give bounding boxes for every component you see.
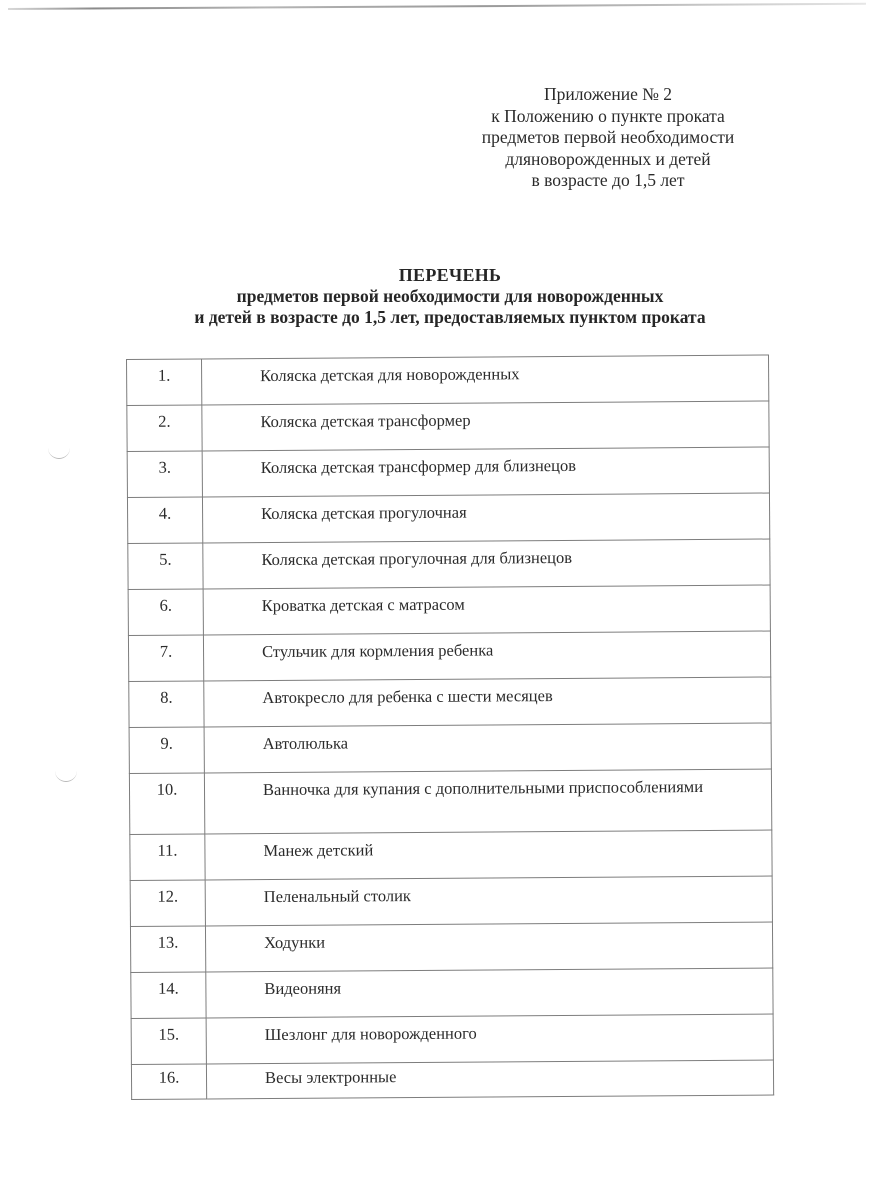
item-number: 7. [128, 635, 203, 682]
item-number: 8. [129, 681, 204, 728]
item-number: 12. [130, 880, 205, 927]
appendix-line: дляноворожденных и детей [430, 149, 786, 171]
item-number: 15. [131, 1018, 206, 1065]
item-number: 16. [131, 1064, 206, 1100]
table-row: 6.Кроватка детская с матрасом [128, 585, 770, 635]
table-row: 1.Коляска детская для новорожденных [127, 355, 769, 405]
item-name: Ванночка для купания с дополнительными п… [204, 769, 771, 834]
table-row: 9.Автолюлька [129, 723, 771, 773]
item-number: 2. [127, 405, 202, 452]
table-row: 15.Шезлонг для новорожденного [131, 1014, 773, 1064]
scan-edge-line [8, 3, 866, 10]
table-row: 14.Видеоняня [131, 968, 773, 1018]
item-name: Коляска детская прогулочная для близнецо… [203, 539, 770, 589]
table-row: 12.Пеленальный столик [130, 876, 772, 926]
item-name: Шезлонг для новорожденного [206, 1014, 773, 1064]
table-row: 11.Манеж детский [130, 830, 772, 880]
item-number: 14. [131, 972, 206, 1019]
item-name: Коляска детская трансформер [202, 401, 769, 451]
document-title-block: ПЕРЕЧЕНЬ предметов первой необходимости … [120, 264, 780, 328]
item-number: 9. [129, 727, 204, 774]
item-number: 4. [127, 497, 202, 544]
item-name: Ходунки [205, 922, 772, 972]
table-row: 8.Автокресло для ребенка с шести месяцев [129, 677, 771, 727]
punch-hole-mark [55, 769, 77, 782]
document-title: ПЕРЕЧЕНЬ [120, 264, 780, 286]
table-row: 10.Ванночка для купания с дополнительным… [129, 769, 771, 834]
item-name: Манеж детский [205, 830, 772, 880]
item-name: Автокресло для ребенка с шести месяцев [204, 677, 771, 727]
table-row: 4.Коляска детская прогулочная [127, 493, 769, 543]
item-name: Стульчик для кормления ребенка [203, 631, 770, 681]
item-name: Коляска детская для новорожденных [202, 355, 769, 405]
item-number: 13. [130, 926, 205, 973]
table-row: 13.Ходунки [130, 922, 772, 972]
items-table-body: 1.Коляска детская для новорожденных2.Кол… [127, 355, 774, 1099]
table-row: 7.Стульчик для кормления ребенка [128, 631, 770, 681]
item-number: 6. [128, 589, 203, 636]
document-subtitle-line: и детей в возрасте до 1,5 лет, предостав… [120, 307, 780, 328]
item-number: 3. [127, 451, 202, 498]
document-subtitle-line: предметов первой необходимости для новор… [120, 286, 780, 307]
item-name: Автолюлька [204, 723, 771, 773]
item-number: 10. [129, 773, 204, 835]
appendix-header: Приложение № 2 к Положению о пункте прок… [430, 84, 786, 192]
item-number: 1. [127, 359, 202, 406]
item-name: Коляска детская прогулочная [202, 493, 769, 543]
table-row: 3.Коляска детская трансформер для близне… [127, 447, 769, 497]
item-name: Пеленальный столик [205, 876, 772, 926]
punch-hole-mark [48, 446, 70, 459]
appendix-line: предметов первой необходимости [430, 127, 786, 149]
item-name: Весы электронные [206, 1060, 773, 1099]
item-number: 11. [130, 834, 205, 881]
appendix-line: в возрасте до 1,5 лет [430, 170, 786, 192]
items-table: 1.Коляска детская для новорожденных2.Кол… [126, 355, 774, 1100]
item-number: 5. [128, 543, 203, 590]
item-name: Кроватка детская с матрасом [203, 585, 770, 635]
item-name: Видеоняня [206, 968, 773, 1018]
item-name: Коляска детская трансформер для близнецо… [202, 447, 769, 497]
appendix-number: Приложение № 2 [430, 84, 786, 106]
table-row: 2.Коляска детская трансформер [127, 401, 769, 451]
table-row: 16.Весы электронные [131, 1060, 773, 1099]
appendix-line: к Положению о пункте проката [430, 106, 786, 128]
table-row: 5.Коляска детская прогулочная для близне… [128, 539, 770, 589]
